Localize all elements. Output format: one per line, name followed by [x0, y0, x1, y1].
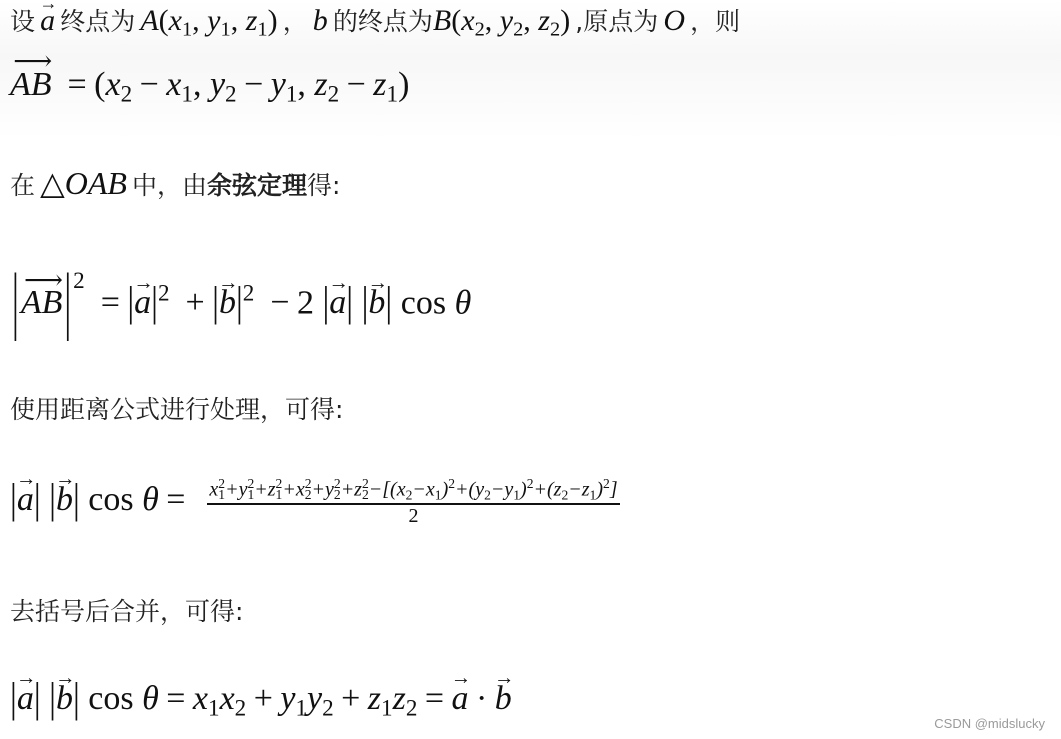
text: 得:	[307, 171, 340, 200]
distance-equation: |a| |b| cos θ= x21+y21+z21+x22+y22+z22−[…	[10, 476, 620, 528]
point-a-coords: A(x1, y1, z1)	[140, 4, 277, 37]
denominator: 2	[409, 505, 419, 528]
intro-line: 设 a 终点为 A(x1, y1, z1) ， b 的终点为B(x2, y2, …	[10, 2, 740, 42]
fraction: x21+y21+z21+x22+y22+z22−[(x2−x1)2+(y2−y1…	[207, 476, 619, 528]
dot-product-equation: |a| |b| cos θ=x1x2+y1y2+z1z2=a·b	[10, 680, 512, 722]
intro-text: ,原点为	[575, 7, 658, 36]
numerator: x21+y21+z21+x22+y22+z22−[(x2−x1)2+(y2−y1…	[207, 476, 619, 505]
cosine-law-term: 余弦定理	[207, 171, 307, 200]
triangle-oab: △OAB	[40, 165, 127, 201]
merge-intro: 去括号后合并，可得:	[10, 592, 243, 628]
point-b-coords: B(x2, y2, z2)	[433, 4, 570, 37]
ab-vector-equation: AB =(x2−x1, y2−y1, z2−z1)	[10, 66, 409, 108]
watermark: CSDN @midslucky	[934, 716, 1045, 731]
cosine-law-equation: |AB|2 =|a|2 +|b|2 −2 |a| |b| cos θ	[10, 268, 471, 322]
text: 在	[10, 171, 35, 200]
vector-ab: AB	[10, 66, 52, 104]
intro-text: 终点为	[60, 7, 135, 36]
intro-text: ，	[283, 7, 308, 36]
cosine-law-intro: 在 △OAB 中，由余弦定理得:	[10, 164, 340, 202]
intro-text: ，则	[690, 7, 740, 36]
intro-text: 的终点为	[333, 7, 433, 36]
text: 中，由	[132, 171, 207, 200]
intro-text: 设	[10, 7, 35, 36]
distance-intro: 使用距离公式进行处理，可得:	[10, 390, 343, 426]
origin-o: O	[663, 4, 685, 37]
vector-b: b	[313, 4, 328, 37]
vector-a: a	[40, 4, 55, 38]
